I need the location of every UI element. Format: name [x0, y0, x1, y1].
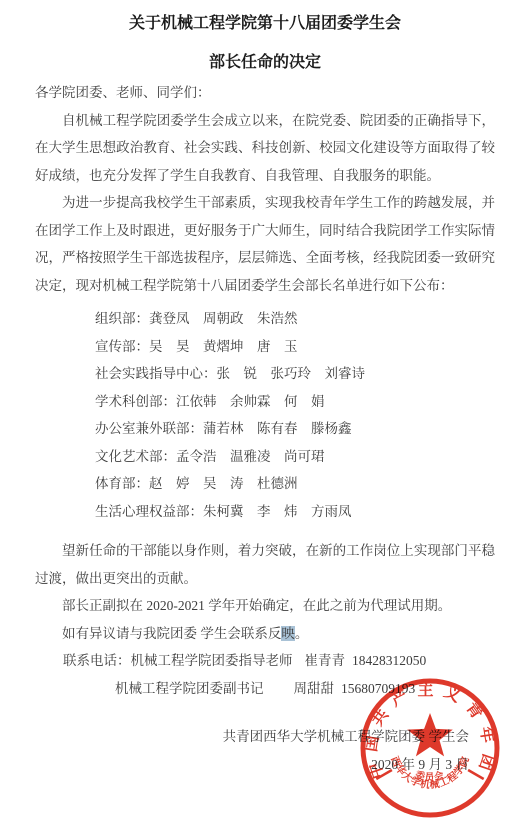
member-names: 孟令浩 温雅凌 尚可珺 — [176, 449, 325, 464]
paragraph-feedback: 如有异议请与我院团委 学生会联系反映。 — [35, 620, 495, 648]
dept-label: 宣传部： — [95, 339, 149, 354]
dept-label: 办公室兼外联部： — [95, 421, 203, 436]
dept-label: 学术科创部： — [95, 394, 176, 409]
appointment-row-publicity: 宣传部：吴 昊 黄熠坤 唐 玉 — [95, 333, 495, 361]
member-names: 赵 婷 吴 涛 杜德洲 — [149, 476, 298, 491]
member-names: 张 锐 张巧玲 刘睿诗 — [217, 366, 366, 381]
signature-block: 共青团西华大学机械工程学院团委 学生会 2020 年 9 月 3 日 — [35, 723, 495, 778]
contact-row-secretary: 机械工程学院团委副书记周甜甜15680709193 — [35, 675, 495, 703]
appointment-row-sports: 体育部：赵 婷 吴 涛 杜德洲 — [95, 470, 495, 498]
appointment-row-culture-art: 文化艺术部：孟令浩 温雅凌 尚可珺 — [95, 443, 495, 471]
member-names: 朱柯冀 李 炜 方雨凤 — [203, 504, 352, 519]
contact-phone: 18428312050 — [352, 653, 426, 668]
member-names: 龚登凤 周朝政 朱浩然 — [149, 311, 298, 326]
appointment-row-organization: 组织部：龚登凤 周朝政 朱浩然 — [95, 305, 495, 333]
dept-label: 社会实践指导中心： — [95, 366, 217, 381]
paragraph-expectation: 望新任命的干部能以身作则，着力突破，在新的工作岗位上实现部门平稳过渡，做出更突出… — [35, 537, 495, 592]
member-names: 江依韩 余帅霖 何 娟 — [176, 394, 325, 409]
dept-label: 体育部： — [95, 476, 149, 491]
document-title-line1: 关于机械工程学院第十八届团委学生会 — [35, 14, 495, 34]
contact-role: 机械工程学院团委指导老师 — [131, 653, 293, 668]
signature-line: 共青团西华大学机械工程学院团委 学生会 — [35, 723, 469, 751]
appointment-row-academic: 学术科创部：江依韩 余帅霖 何 娟 — [95, 388, 495, 416]
paragraph-probation: 部长正副拟在 2020-2021 学年开始确定，在此之前为代理试用期。 — [35, 592, 495, 620]
date-line: 2020 年 9 月 3 日 — [35, 751, 469, 779]
contact-role: 机械工程学院团委副书记 — [115, 681, 264, 696]
contact-label: 联系电话： — [63, 653, 131, 668]
member-names: 吴 昊 黄熠坤 唐 玉 — [149, 339, 298, 354]
salutation: 各学院团委、老师、同学们： — [35, 79, 495, 107]
contact-row-advisor: 联系电话：机械工程学院团委指导老师崔青青18428312050 — [35, 647, 495, 675]
document-page: 关于机械工程学院第十八届团委学生会 部长任命的决定 各学院团委、老师、同学们： … — [0, 0, 530, 818]
contact-phone: 15680709193 — [341, 681, 415, 696]
dept-label: 组织部： — [95, 311, 149, 326]
paragraph-intro: 自机械工程学院团委学生会成立以来，在院党委、院团委的正确指导下，在大学生思想政治… — [35, 107, 495, 190]
contact-name: 崔青青 — [305, 653, 346, 668]
appointment-list: 组织部：龚登凤 周朝政 朱浩然 宣传部：吴 昊 黄熠坤 唐 玉 社会实践指导中心… — [35, 305, 495, 525]
member-names: 蒲若林 陈有春 滕杨鑫 — [203, 421, 352, 436]
dept-label: 文化艺术部： — [95, 449, 176, 464]
feedback-text-before: 如有异议请与我院团委 学生会联系反 — [62, 626, 281, 641]
highlighted-char: 映 — [281, 626, 295, 641]
paragraph-decision: 为进一步提高我校学生干部素质，实现我校青年学生工作的跨越发展，并在团学工作上及时… — [35, 189, 495, 299]
feedback-text-after: 。 — [295, 626, 309, 641]
appointment-row-life-rights: 生活心理权益部：朱柯冀 李 炜 方雨凤 — [95, 498, 495, 526]
document-title-line2: 部长任命的决定 — [35, 53, 495, 73]
appointment-row-social-practice: 社会实践指导中心：张 锐 张巧玲 刘睿诗 — [95, 360, 495, 388]
contact-name: 周甜甜 — [294, 681, 335, 696]
appointment-row-office-liaison: 办公室兼外联部：蒲若林 陈有春 滕杨鑫 — [95, 415, 495, 443]
dept-label: 生活心理权益部： — [95, 504, 203, 519]
